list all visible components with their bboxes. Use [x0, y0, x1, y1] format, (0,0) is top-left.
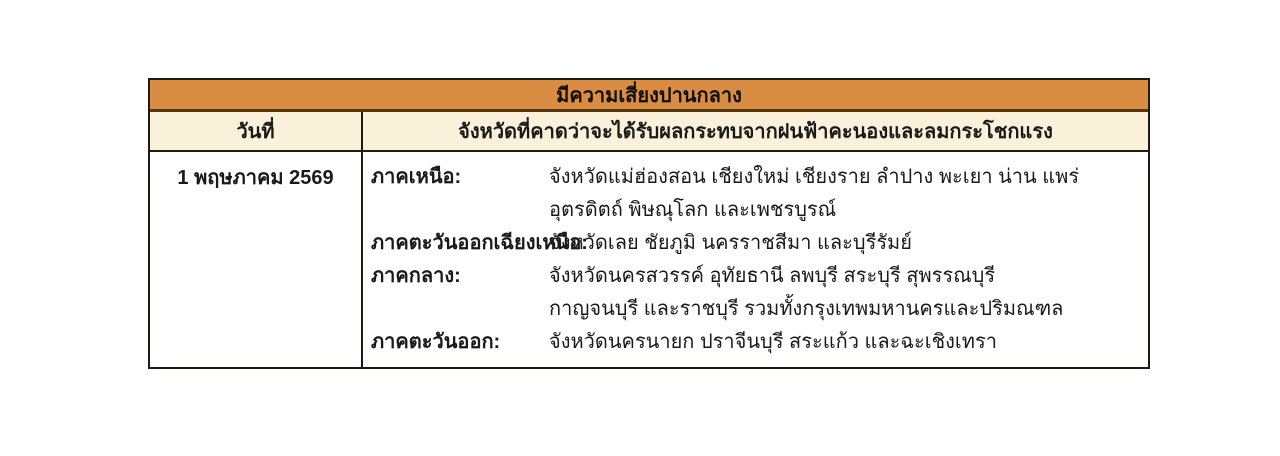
risk-level-header: มีความเสี่ยงปานกลาง: [150, 80, 1148, 112]
column-header-row: วันที่ จังหวัดที่คาดว่าจะได้รับผลกระทบจา…: [150, 112, 1148, 152]
region-provinces-central: จังหวัดนครสวรรค์ อุทัยธานี ลพบุรี สระบุร…: [549, 260, 1138, 326]
provinces-column-header: จังหวัดที่คาดว่าจะได้รับผลกระทบจากฝนฟ้าค…: [363, 112, 1148, 150]
regions-cell: ภาคเหนือ: จังหวัดแม่ฮ่องสอน เชียงใหม่ เช…: [363, 152, 1148, 367]
date-cell: 1 พฤษภาคม 2569: [150, 152, 363, 367]
date-column-header: วันที่: [150, 112, 363, 150]
province-line: จังหวัดเลย ชัยภูมิ นครราชสีมา และบุรีรัม…: [549, 227, 1138, 260]
province-line: อุตรดิตถ์ พิษณุโลก และเพชรบูรณ์: [549, 194, 1138, 227]
page: มีความเสี่ยงปานกลาง วันที่ จังหวัดที่คาด…: [0, 0, 1280, 456]
province-line: จังหวัดแม่ฮ่องสอน เชียงใหม่ เชียงราย ลำป…: [549, 161, 1138, 194]
province-line: จังหวัดนครนายก ปราจีนบุรี สระแก้ว และฉะเ…: [549, 326, 1138, 359]
region-provinces-north: จังหวัดแม่ฮ่องสอน เชียงใหม่ เชียงราย ลำป…: [549, 161, 1138, 227]
region-label-east: ภาคตะวันออก:: [371, 326, 547, 359]
region-label-northeast: ภาคตะวันออกเฉียงเหนือ:: [371, 227, 547, 260]
risk-table: มีความเสี่ยงปานกลาง วันที่ จังหวัดที่คาด…: [148, 78, 1150, 369]
table-row: 1 พฤษภาคม 2569 ภาคเหนือ: จังหวัดแม่ฮ่องส…: [150, 152, 1148, 367]
province-line: จังหวัดนครสวรรค์ อุทัยธานี ลพบุรี สระบุร…: [549, 260, 1138, 293]
region-grid: ภาคเหนือ: จังหวัดแม่ฮ่องสอน เชียงใหม่ เช…: [371, 161, 1138, 359]
province-line: กาญจนบุรี และราชบุรี รวมทั้งกรุงเทพมหานค…: [549, 293, 1138, 326]
region-provinces-northeast: จังหวัดเลย ชัยภูมิ นครราชสีมา และบุรีรัม…: [549, 227, 1138, 260]
region-provinces-east: จังหวัดนครนายก ปราจีนบุรี สระแก้ว และฉะเ…: [549, 326, 1138, 359]
region-label-north: ภาคเหนือ:: [371, 161, 547, 227]
region-label-central: ภาคกลาง:: [371, 260, 547, 326]
